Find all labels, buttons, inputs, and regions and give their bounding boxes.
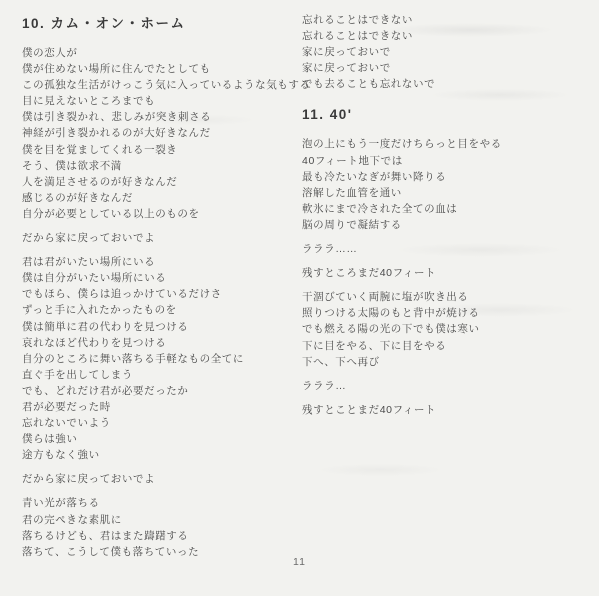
lyric-stanza: 干涸びていく両腕に塩が吹き出る照りつける太陽のもと背中が焼けるでも燃える陽の光の… [302, 289, 588, 369]
lyric-line: 僕は自分がいたい場所にいる [22, 270, 294, 286]
lyric-line: 溶解した血管を通い [302, 185, 588, 201]
lyric-line: 僕は引き裂かれ、悲しみが突き刺さる [22, 109, 294, 125]
song-10-lyrics: 僕の恋人が僕が住めない場所に住んでたとしてもこの孤独な生活がけっこう気に入ってい… [22, 45, 294, 560]
lyric-line: 哀れなほど代わりを見つける [22, 335, 294, 351]
lyric-line: 干涸びていく両腕に塩が吹き出る [302, 289, 588, 305]
lyric-line: 僕を目を覚ましてくれる一裂き [22, 142, 294, 158]
lyric-line: 君の完ぺきな素肌に [22, 512, 294, 528]
lyric-line: 僕の恋人が [22, 45, 294, 61]
lyric-line: 家に戻っておいで [302, 44, 588, 60]
lyric-line: 40フィート地下では [302, 153, 588, 169]
lyric-line: でもほら、僕らは追っかけているだけさ [22, 286, 294, 302]
lyric-line: 青い光が落ちる [22, 495, 294, 511]
lyric-stanza: 忘れることはできない忘れることはできない家に戻っておいで家に戻っておいででも去る… [302, 12, 588, 92]
lyric-line: 僕が住めない場所に住んでたとしても [22, 61, 294, 77]
lyric-line: でも燃える陽の光の下でも僕は寒い [302, 321, 588, 337]
song-title-track-10: 10. カム・オン・ホーム [22, 12, 294, 32]
lyric-line: だから家に戻っておいでよ [22, 230, 294, 246]
song-10-lyrics-continued: 忘れることはできない忘れることはできない家に戻っておいで家に戻っておいででも去る… [302, 12, 588, 92]
lyric-stanza: 残すとことまだ40フィート [302, 402, 588, 418]
lyric-line: でも、どれだけ君が必要だったか [22, 383, 294, 399]
lyric-line: 最も冷たいなぎが舞い降りる [302, 169, 588, 185]
song-title-track-11: 11. 40' [302, 107, 588, 122]
lyric-stanza: ラララ…… [302, 241, 588, 257]
lyric-stanza: 君は君がいたい場所にいる僕は自分がいたい場所にいるでもほら、僕らは追っかけている… [22, 254, 294, 463]
lyric-line: 落ちるけども、君はまた躊躇する [22, 528, 294, 544]
lyric-line: 脳の周りで凝結する [302, 217, 588, 233]
lyric-line: 僕らは強い [22, 431, 294, 447]
lyric-line: 神経が引き裂かれるのが大好きなんだ [22, 125, 294, 141]
lyric-stanza: 僕の恋人が僕が住めない場所に住んでたとしてもこの孤独な生活がけっこう気に入ってい… [22, 45, 294, 222]
lyric-line: 途方もなく強い [22, 447, 294, 463]
lyric-line: 泡の上にもう一度だけちらっと目をやる [302, 136, 588, 152]
lyric-line: 君は君がいたい場所にいる [22, 254, 294, 270]
right-lyrics-column: 忘れることはできない忘れることはできない家に戻っておいで家に戻っておいででも去る… [302, 12, 588, 426]
song-11-lyrics: 泡の上にもう一度だけちらっと目をやる40フィート地下では最も冷たいなぎが舞い降り… [302, 136, 588, 417]
left-lyrics-column: 10. カム・オン・ホーム 僕の恋人が僕が住めない場所に住んでたとしてもこの孤独… [22, 12, 294, 568]
lyric-line: 人を満足させるのが好きなんだ [22, 174, 294, 190]
lyric-line: 君が必要だった時 [22, 399, 294, 415]
lyric-line: 軟氷にまで冷された全ての血は [302, 201, 588, 217]
lyric-stanza: 残すところまだ40フィート [302, 265, 588, 281]
lyric-line: 忘れることはできない [302, 12, 588, 28]
lyric-line: そう、僕は欲求不満 [22, 158, 294, 174]
lyric-line: この孤独な生活がけっこう気に入っているような気もする [22, 77, 294, 93]
lyric-line: 家に戻っておいで [302, 60, 588, 76]
lyric-line: 僕は簡単に君の代わりを見つける [22, 319, 294, 335]
lyrics-booklet-page: 10. カム・オン・ホーム 僕の恋人が僕が住めない場所に住んでたとしてもこの孤独… [0, 0, 599, 596]
lyric-stanza: 泡の上にもう一度だけちらっと目をやる40フィート地下では最も冷たいなぎが舞い降り… [302, 136, 588, 233]
lyric-line: でも去ることも忘れないで [302, 76, 588, 92]
lyric-line: 直ぐ手を出してしまう [22, 367, 294, 383]
lyric-line: 残すところまだ40フィート [302, 265, 588, 281]
lyric-line: ラララ…… [302, 241, 588, 257]
page-number: 11 [0, 556, 599, 568]
lyric-line: 下へ、下へ再び [302, 354, 588, 370]
lyric-stanza: だから家に戻っておいでよ [22, 230, 294, 246]
lyric-line: 目に見えないところまでも [22, 93, 294, 109]
lyric-line: 残すとことまだ40フィート [302, 402, 588, 418]
lyric-stanza: だから家に戻っておいでよ [22, 471, 294, 487]
lyric-line: 忘れないでいよう [22, 415, 294, 431]
lyric-line: 照りつける太陽のもと背中が焼ける [302, 305, 588, 321]
lyric-line: 自分が必要としている以上のものを [22, 206, 294, 222]
lyric-line: 自分のところに舞い落ちる手軽なもの全てに [22, 351, 294, 367]
lyric-stanza: 青い光が落ちる君の完ぺきな素肌に落ちるけども、君はまた躊躇する落ちて、こうして僕… [22, 495, 294, 559]
lyric-line: ずっと手に入れたかったものを [22, 302, 294, 318]
lyric-line: 感じるのが好きなんだ [22, 190, 294, 206]
lyric-line: だから家に戻っておいでよ [22, 471, 294, 487]
lyric-line: 下に目をやる、下に目をやる [302, 338, 588, 354]
lyric-line: ラララ… [302, 378, 588, 394]
lyric-stanza: ラララ… [302, 378, 588, 394]
lyric-line: 忘れることはできない [302, 28, 588, 44]
